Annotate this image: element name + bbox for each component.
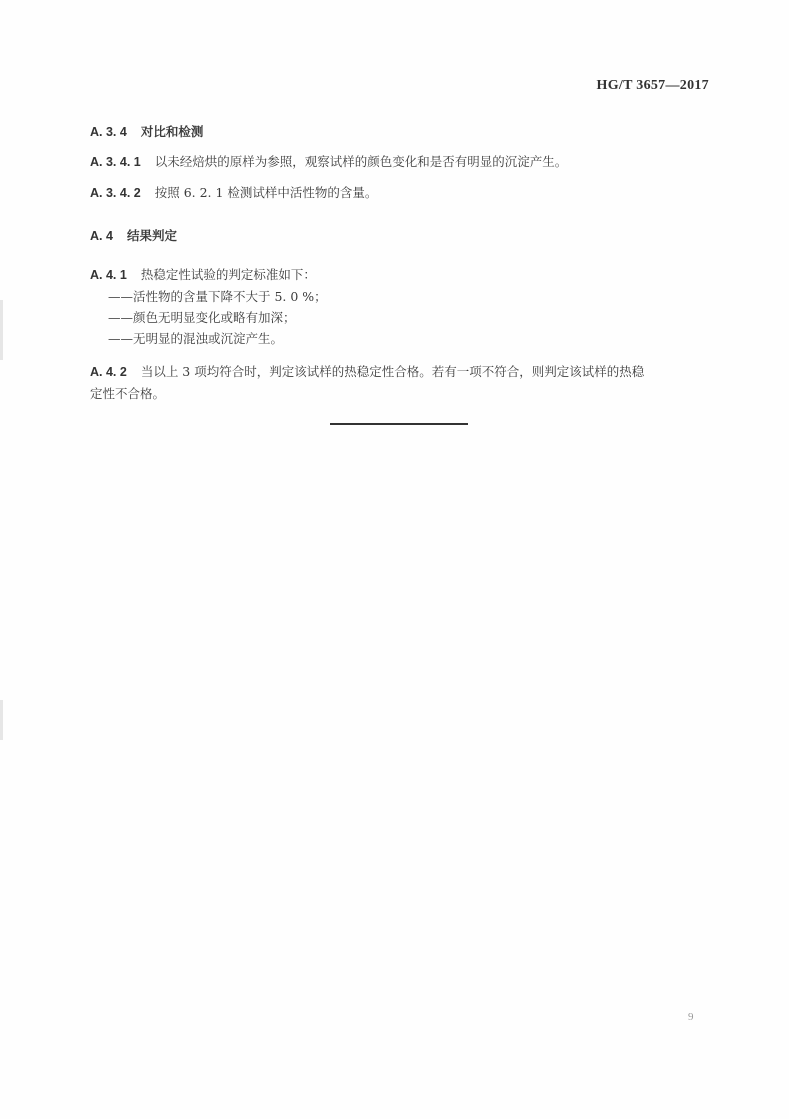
scan-edge-mark <box>0 300 3 360</box>
clause-text: 按照 6. 2. 1 检测试样中活性物的含量。 <box>155 185 378 200</box>
section-heading-a4: A. 4结果判定 <box>90 226 177 244</box>
criteria-item: ——活性物的含量下降不大于 5. 0 %； <box>108 287 327 305</box>
end-rule <box>330 423 468 425</box>
criteria-item: ——无明显的混浊或沉淀产生。 <box>108 329 283 347</box>
standard-code: HG/T 3657—2017 <box>597 78 709 94</box>
clause-number: A. 3. 4. 1 <box>90 155 141 169</box>
clause-number: A. 4. 1 <box>90 268 127 282</box>
page-number: 9 <box>688 1011 694 1023</box>
clause-number: A. 3. 4. 2 <box>90 186 141 200</box>
clause-text: 当以上 3 项均符合时，判定该试样的热稳定性合格。若有一项不符合，则判定该试样的… <box>141 364 644 379</box>
section-title: 对比和检测 <box>141 124 204 139</box>
section-heading-a34: A. 3. 4对比和检测 <box>90 122 203 140</box>
clause-number: A. 4. 2 <box>90 365 127 379</box>
clause-a42-continuation: 定性不合格。 <box>90 384 165 402</box>
clause-text: 以未经焙烘的原样为参照，观察试样的颜色变化和是否有明显的沉淀产生。 <box>155 154 568 169</box>
clause-a342: A. 3. 4. 2按照 6. 2. 1 检测试样中活性物的含量。 <box>90 183 377 201</box>
clause-a341: A. 3. 4. 1以未经焙烘的原样为参照，观察试样的颜色变化和是否有明显的沉淀… <box>90 152 567 170</box>
clause-a42: A. 4. 2当以上 3 项均符合时，判定该试样的热稳定性合格。若有一项不符合，… <box>90 362 644 380</box>
clause-a41: A. 4. 1热稳定性试验的判定标准如下： <box>90 265 316 283</box>
section-number: A. 4 <box>90 229 113 243</box>
clause-text: 热稳定性试验的判定标准如下： <box>141 267 316 282</box>
section-number: A. 3. 4 <box>90 125 127 139</box>
scan-edge-mark <box>0 700 3 740</box>
section-title: 结果判定 <box>127 228 177 243</box>
criteria-item: ——颜色无明显变化或略有加深； <box>108 308 296 326</box>
document-page: HG/T 3657—2017 A. 3. 4对比和检测 A. 3. 4. 1以未… <box>0 0 789 1119</box>
